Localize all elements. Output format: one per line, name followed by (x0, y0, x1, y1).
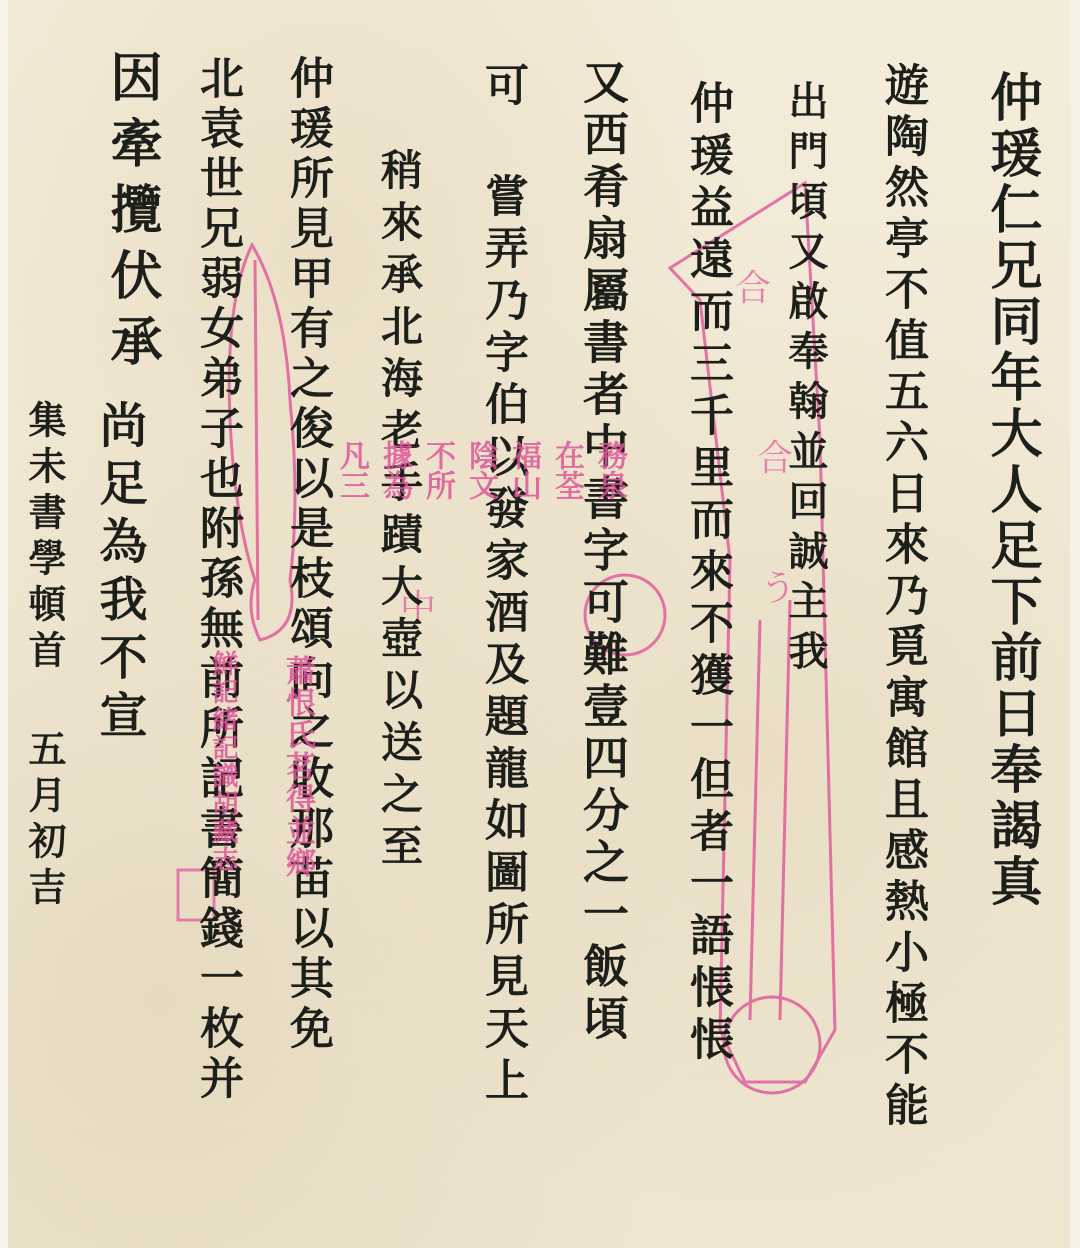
letter-column-7: 稍來承北海老手蹟大壺以送之至 (378, 148, 420, 876)
letter-column-4: 仲瑗益遠而三千里而來不獲一但者一語悵悵 (685, 80, 729, 1068)
letter-column-8: 仲瑗所見甲有之俊以是枝頌向之收那苗以其免 (285, 55, 329, 1055)
seal-text: 福山 (507, 440, 540, 500)
seal-text: 陰文 (464, 440, 497, 500)
letter-column-2: 遊陶然亭不值五六日來乃覓寓館且感熱小極不能 (880, 62, 924, 1133)
seal-collector-2: 鮮記緒記識胡藏志 (205, 650, 242, 874)
letter-column-11: 尚足為我不宣 (95, 400, 143, 748)
seal-glyph: 合 (735, 268, 771, 309)
seal-inscription: 務泉 在荃 福山 陰文 不所 據為 凡三 (335, 440, 626, 500)
seal-text: 在荃 (550, 440, 583, 500)
signature-column: 集未書學頓首 五月初吉 (25, 400, 63, 913)
letter-column-5: 又西肴扇屬書者中書字可難壹四分之一飯頃 (580, 58, 626, 1046)
seal-text: 凡三 (335, 440, 368, 500)
seal-text: 不所 (421, 440, 454, 500)
seal-collector: 蕭恨氏茗得並鄉 (275, 655, 319, 879)
letter-column-3: 出門頃又啟奉翰並回誠主我 (785, 80, 825, 680)
seal-text: 務泉 (593, 440, 626, 500)
letter-column-9: 北袁世兄弱女弟子也附孫無前所記書簡錢一枚并 (195, 55, 239, 1105)
letter-column-10: 因牽攬伏承 (105, 50, 157, 380)
seal-text: 據為 (378, 440, 411, 500)
letter-column-1: 仲瑗仁兄同年大人足下前日奉謁真 (985, 70, 1037, 910)
letter-column-6: 可 嘗弄乃字伯以發家酒及題龍如圖所見天上 (480, 62, 524, 1109)
